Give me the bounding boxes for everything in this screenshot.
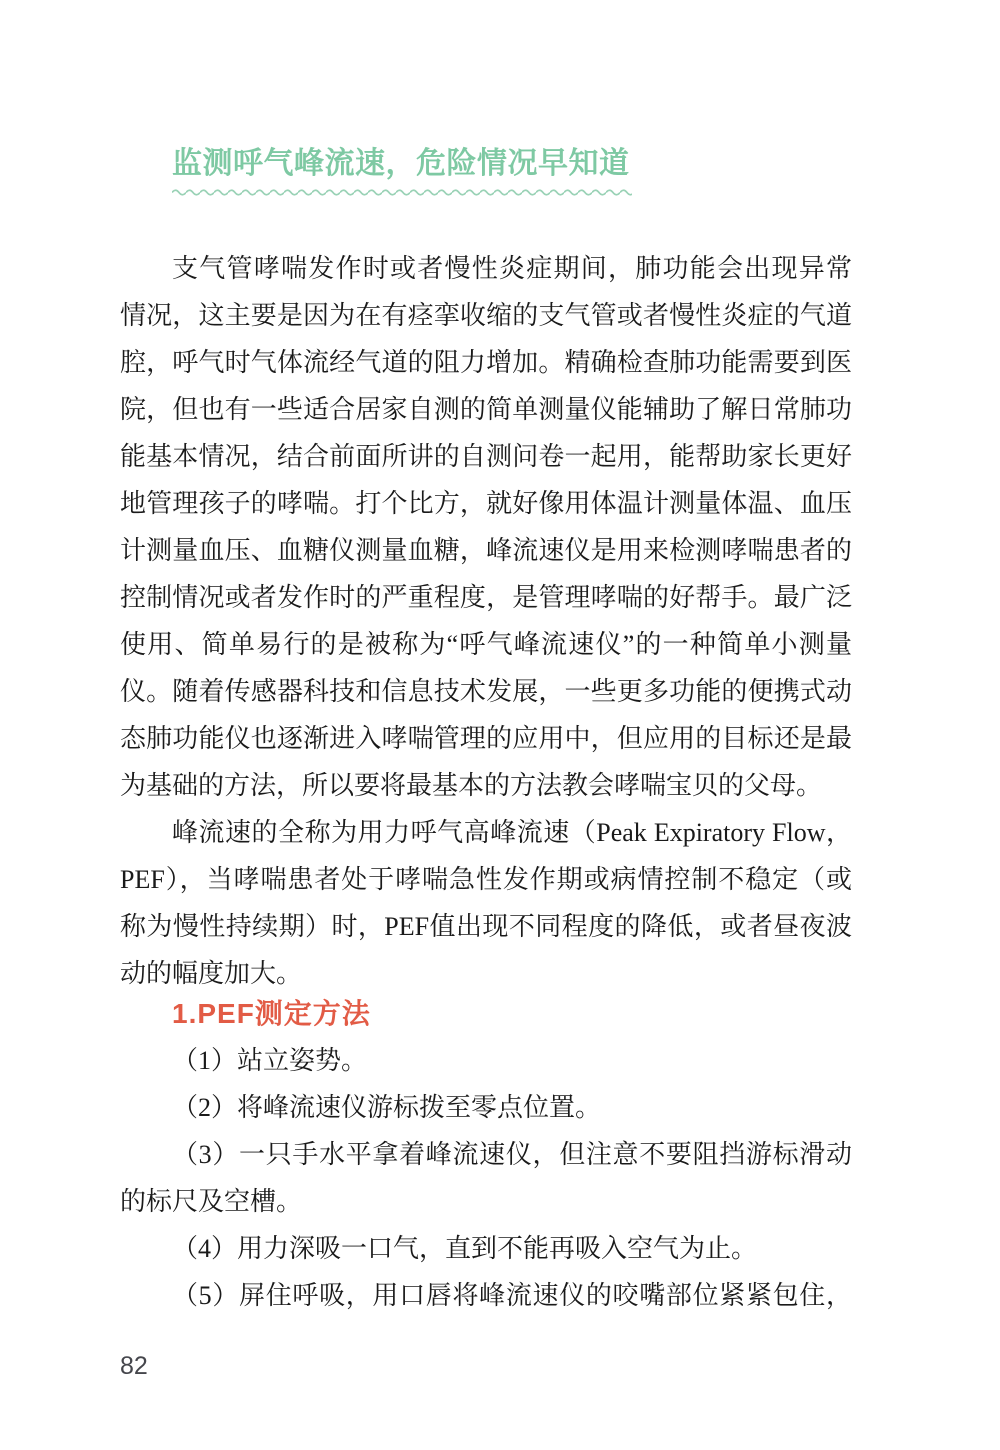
- list-item-line: （4）用力深吸一口气，直到不能再吸入空气为止。: [120, 1225, 852, 1272]
- body-line: 情况，这主要是因为在有痉挛收缩的支气管或者慢性炎症的气道: [120, 292, 852, 339]
- list-item-line: 的标尺及空槽。: [120, 1178, 852, 1225]
- body-line: 地管理孩子的哮喘。打个比方，就好像用体温计测量体温、血压: [120, 480, 852, 527]
- section-heading-pef-method: 1.PEF测定方法: [172, 999, 852, 1029]
- body-line: PEF），当哮喘患者处于哮喘急性发作期或病情控制不稳定（或: [120, 856, 852, 903]
- paragraph-2: 峰流速的全称为用力呼气高峰流速（Peak Expiratory Flow， PE…: [120, 809, 852, 997]
- body-line: 计测量血压、血糖仪测量血糖，峰流速仪是用来检测哮喘患者的: [120, 527, 852, 574]
- body-line: 仪。随着传感器科技和信息技术发展，一些更多功能的便携式动: [120, 668, 852, 715]
- body-line: 院，但也有一些适合居家自测的简单测量仪能辅助了解日常肺功: [120, 386, 852, 433]
- list-item-line: （5）屏住呼吸，用口唇将峰流速仪的咬嘴部位紧紧包住，: [120, 1272, 852, 1319]
- method-list: （1）站立姿势。 （2）将峰流速仪游标拨至零点位置。 （3）一只手水平拿着峰流速…: [120, 1037, 852, 1319]
- body-line: 态肺功能仪也逐渐进入哮喘管理的应用中，但应用的目标还是最: [120, 715, 852, 762]
- body-line: 控制情况或者发作时的严重程度，是管理哮喘的好帮手。最广泛: [120, 574, 852, 621]
- list-item-line: （3）一只手水平拿着峰流速仪，但注意不要阻挡游标滑动: [120, 1131, 852, 1178]
- page-title: 监测呼气峰流速，危险情况早知道: [172, 146, 852, 182]
- body-line: 为基础的方法，所以要将最基本的方法教会哮喘宝贝的父母。: [120, 762, 852, 809]
- body-line: 峰流速的全称为用力呼气高峰流速（Peak Expiratory Flow，: [120, 809, 852, 856]
- list-item-line: （1）站立姿势。: [120, 1037, 852, 1084]
- body-line: 使用、简单易行的是被称为“呼气峰流速仪”的一种简单小测量: [120, 621, 852, 668]
- body-line: 支气管哮喘发作时或者慢性炎症期间，肺功能会出现异常: [120, 245, 852, 292]
- page-number: 82: [120, 1352, 148, 1380]
- paragraph-1: 支气管哮喘发作时或者慢性炎症期间，肺功能会出现异常 情况，这主要是因为在有痉挛收…: [120, 245, 852, 809]
- body-line: 腔，呼气时气体流经气道的阻力增加。精确检查肺功能需要到医: [120, 339, 852, 386]
- body-line: 动的幅度加大。: [120, 950, 852, 997]
- body-line: 能基本情况，结合前面所讲的自测问卷一起用，能帮助家长更好: [120, 433, 852, 480]
- wavy-underline-icon: [172, 186, 632, 196]
- body-line: 称为慢性持续期）时，PEF值出现不同程度的降低，或者昼夜波: [120, 903, 852, 950]
- list-item-line: （2）将峰流速仪游标拨至零点位置。: [120, 1084, 852, 1131]
- page-content: 监测呼气峰流速，危险情况早知道 支气管哮喘发作时或者慢性炎症期间，肺功能会出现异…: [120, 0, 852, 1319]
